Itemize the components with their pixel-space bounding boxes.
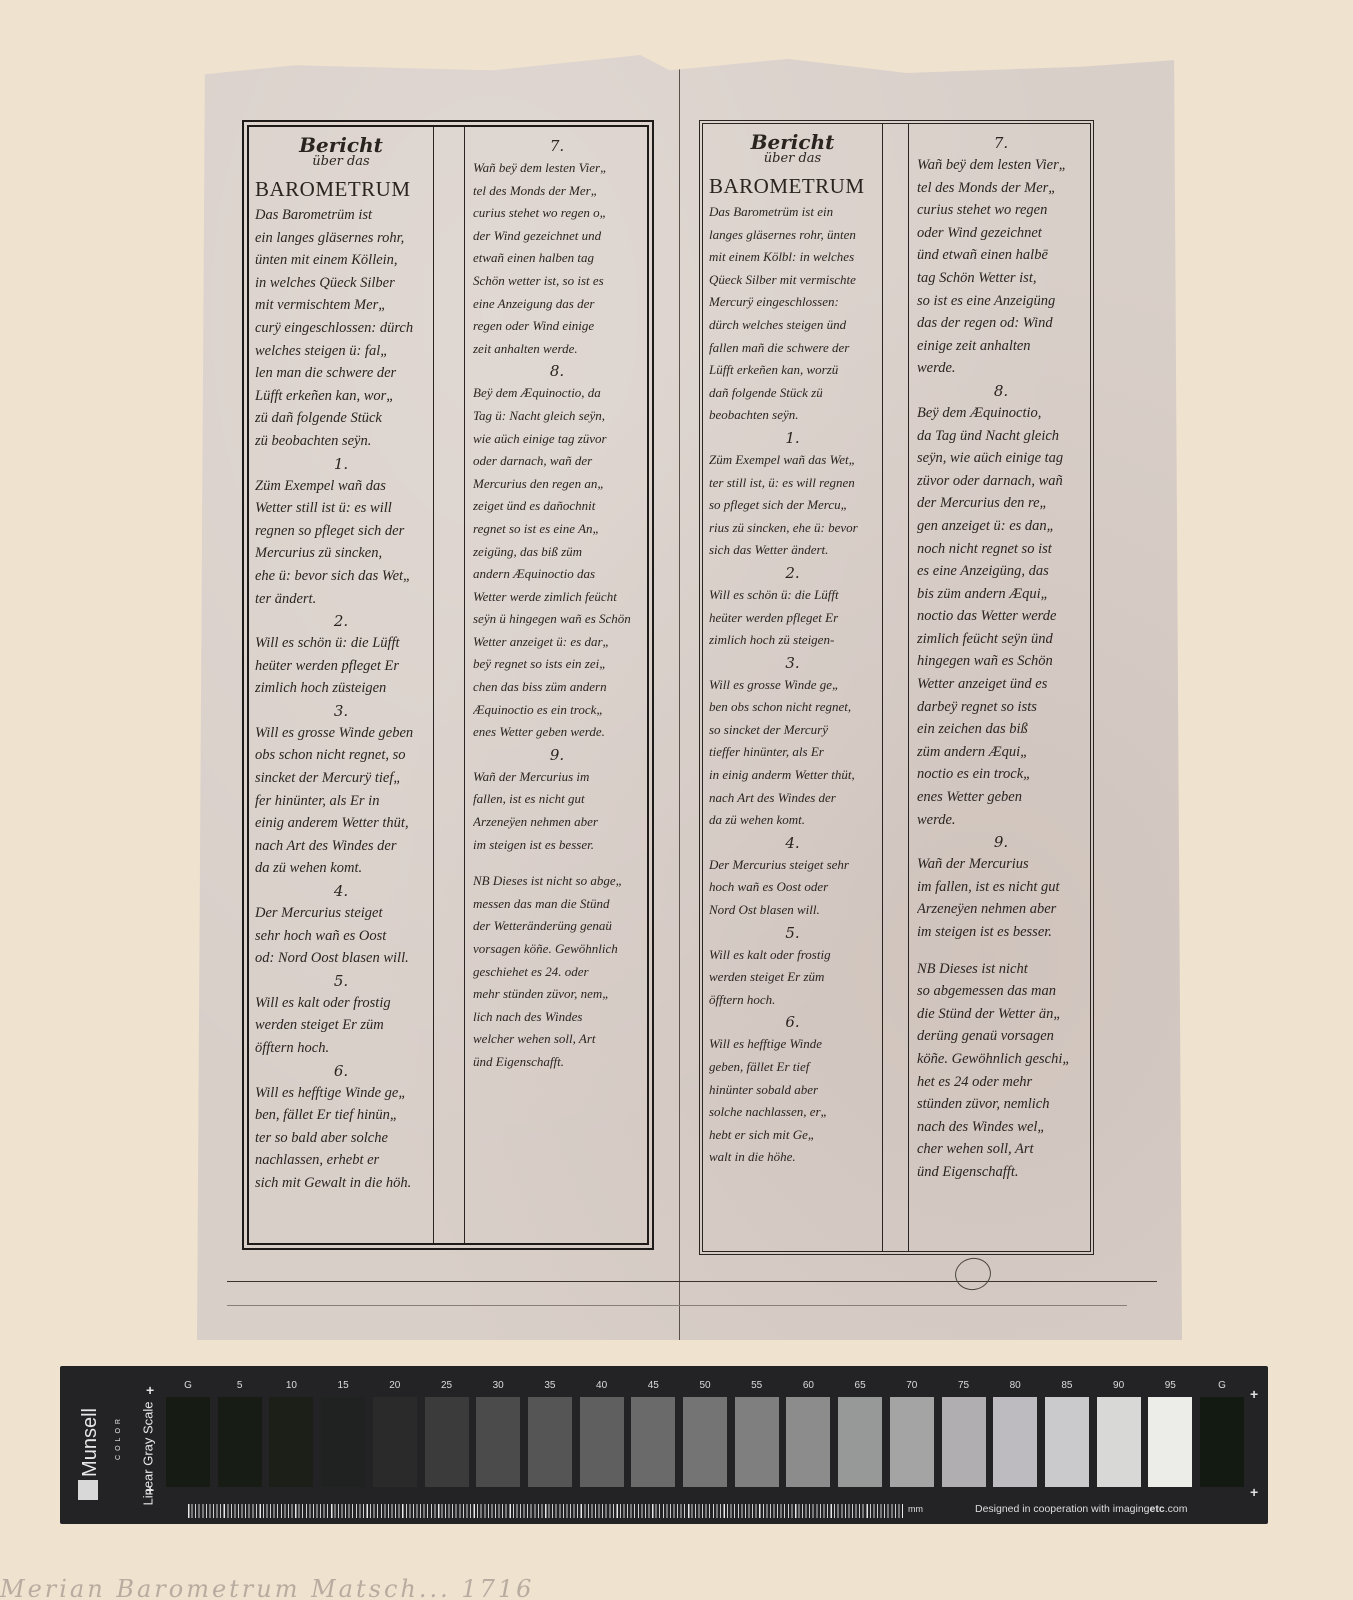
- text-line: Will es schön ü: die Lüfft: [255, 632, 427, 655]
- text-line: tel des Monds der Mer„: [917, 177, 1085, 200]
- text-line: NB Dieses ist nicht: [917, 958, 1085, 981]
- text-line: Lüfft erkeñen kan, wor„: [255, 385, 427, 408]
- text-line: mehr stünden züvor, nem„: [473, 983, 641, 1006]
- text-line: ein zeichen das biß: [917, 718, 1085, 741]
- text-line: tag Schön Wetter ist,: [917, 267, 1085, 290]
- text-line: so ist es eine Anzeigüng: [917, 290, 1085, 313]
- text-line: noctio das Wetter werde: [917, 605, 1085, 628]
- right-copy-column-2: 7.Wañ beÿ dem lesten Vier„tel des Monds …: [911, 124, 1091, 1251]
- text-line: Will es grosse Winde geben: [255, 722, 427, 745]
- section-number: 7.: [473, 135, 641, 157]
- text-line: vorsagen köñe. Gewöhnlich: [473, 938, 641, 961]
- brand-subtitle: COLOR: [115, 1415, 122, 1460]
- section-number: 2.: [709, 562, 876, 584]
- text-line: Das Barometrüm ist ein: [709, 201, 876, 224]
- text-line: Der Mercurius steiget sehr: [709, 854, 876, 877]
- text-line: andern Æquinoctio das: [473, 563, 641, 586]
- column-divider: [464, 127, 465, 1243]
- text-line: sich das Wetter ändert.: [709, 539, 876, 562]
- section-number: 4.: [255, 880, 427, 902]
- patch-label: 75: [942, 1380, 986, 1391]
- text-line: hinünter sobald aber: [709, 1079, 876, 1102]
- text-line: regen oder Wind einige: [473, 315, 641, 338]
- text-line: tel des Monds der Mer„: [473, 180, 641, 203]
- munsell-gray-scale-card: Munsell COLOR Linear Gray Scale + + + + …: [60, 1366, 1268, 1524]
- text-line: solche nachlassen, er„: [709, 1101, 876, 1124]
- gray-patch: [1148, 1397, 1192, 1487]
- text-line: Wetter werde zimlich feücht: [473, 586, 641, 609]
- text-line: rius zü sincken, ehe ü: bevor: [709, 517, 876, 540]
- gray-patch: [425, 1397, 469, 1487]
- text-line: Wañ beÿ dem lesten Vier„: [917, 154, 1085, 177]
- text-line: köñe. Gewöhnlich geschi„: [917, 1048, 1085, 1071]
- column-heading: BAROMETRUM: [709, 174, 876, 199]
- text-line: die Stünd der Wetter än„: [917, 1003, 1085, 1026]
- text-line: ter still ist, ü: es will regnen: [709, 472, 876, 495]
- text-line: so abgemessen das man: [917, 980, 1085, 1003]
- text-line: oder darnach, wañ der: [473, 450, 641, 473]
- section-number: 8.: [917, 380, 1085, 402]
- patch-label: 5: [218, 1380, 262, 1391]
- text-line: Qüeck Silber mit vermischte: [709, 269, 876, 292]
- text-line: heüter werden pfleget Er: [255, 655, 427, 678]
- mm-ruler: [188, 1504, 903, 1518]
- ruler-unit: mm: [908, 1504, 923, 1514]
- section-number: 6.: [255, 1060, 427, 1082]
- text-line: NB Dieses ist nicht so abge„: [473, 870, 641, 893]
- text-line: Züm Exempel wañ das Wet„: [709, 449, 876, 472]
- text-line: werden steiget Er züm: [255, 1014, 427, 1037]
- munsell-logo-icon: [78, 1480, 98, 1500]
- text-line: Mercurius den regen an„: [473, 473, 641, 496]
- text-line: od: Nord Oost blasen will.: [255, 947, 427, 970]
- text-line: ünten mit einem Köllein,: [255, 249, 427, 272]
- text-line: Arzeneÿen nehmen aber: [917, 898, 1085, 921]
- text-line: Schön wetter ist, so ist es: [473, 270, 641, 293]
- text-line: nachlassen, erhebt er: [255, 1149, 427, 1172]
- text-line: Will es schön ü: die Lüfft: [709, 584, 876, 607]
- text-line: obs schon nicht regnet, so: [255, 744, 427, 767]
- text-line: dürch welches steigen ünd: [709, 314, 876, 337]
- column-heading: BAROMETRUM: [255, 177, 427, 202]
- gray-patch: [528, 1397, 572, 1487]
- right-copy-frame: Berichtüber dasBAROMETRUMDas Barometrüm …: [699, 120, 1094, 1255]
- text-line: der Wind gezeichnet und: [473, 225, 641, 248]
- text-line: nach des Windes wel„: [917, 1116, 1085, 1139]
- text-line: cher wehen soll, Art: [917, 1138, 1085, 1161]
- text-line: hingegen wañ es Schön: [917, 650, 1085, 673]
- text-line: seÿn ü hingegen wañ es Schön: [473, 608, 641, 631]
- patch-label: 35: [528, 1380, 572, 1391]
- patch-label: 15: [321, 1380, 365, 1391]
- section-number: 9.: [917, 831, 1085, 853]
- gray-patch: [1200, 1397, 1244, 1487]
- registration-plus-icon: +: [1250, 1484, 1258, 1500]
- pencil-circle-mark: [952, 1255, 994, 1294]
- text-line: eine Anzeigung das der: [473, 293, 641, 316]
- text-line: Will es hefftige Winde ge„: [255, 1082, 427, 1105]
- text-line: Beÿ dem Æquinoctio,: [917, 402, 1085, 425]
- text-line: regnet so ist es eine An„: [473, 518, 641, 541]
- text-line: beobachten seÿn.: [709, 404, 876, 427]
- text-line: curius stehet wo regen: [917, 199, 1085, 222]
- text-line: lich nach des Windes: [473, 1006, 641, 1029]
- patch-label: 80: [993, 1380, 1037, 1391]
- text-line: enes Wetter geben werde.: [473, 721, 641, 744]
- registration-plus-icon: +: [146, 1482, 154, 1498]
- text-line: ter ändert.: [255, 588, 427, 611]
- section-gap: [917, 944, 1085, 958]
- text-line: seÿn, wie aüch einige tag: [917, 447, 1085, 470]
- text-line: ünd etwañ einen halbē: [917, 244, 1085, 267]
- text-line: Beÿ dem Æquinoctio, da: [473, 382, 641, 405]
- text-line: zimlich hoch züsteigen: [255, 677, 427, 700]
- text-line: Arzeneÿen nehmen aber: [473, 811, 641, 834]
- text-line: Æquinoctio es ein trock„: [473, 699, 641, 722]
- text-line: noctio es ein trock„: [917, 763, 1085, 786]
- patch-label: 10: [269, 1380, 313, 1391]
- patch-label: 20: [373, 1380, 417, 1391]
- patch-label: 30: [476, 1380, 520, 1391]
- document-sheet: Berichtüber dasBAROMETRUMDas Barometrüm …: [197, 55, 1182, 1340]
- right-copy-column-1: Berichtüber dasBAROMETRUMDas Barometrüm …: [703, 124, 883, 1251]
- text-line: beÿ regnet so ists ein zei„: [473, 653, 641, 676]
- section-number: 4.: [709, 832, 876, 854]
- section-number: 2.: [255, 610, 427, 632]
- bottom-rule-line-2: [227, 1305, 1127, 1306]
- text-line: im fallen, ist es nicht gut: [917, 876, 1085, 899]
- text-line: der Wetteränderüng genaü: [473, 915, 641, 938]
- patch-label: 60: [786, 1380, 830, 1391]
- text-line: chen das biss züm andern: [473, 676, 641, 699]
- gray-patch: [683, 1397, 727, 1487]
- gray-patch: [218, 1397, 262, 1487]
- text-line: fer hinünter, als Er in: [255, 790, 427, 813]
- section-number: 3.: [255, 700, 427, 722]
- patch-label: G: [1200, 1380, 1244, 1391]
- text-line: ehe ü: bevor sich das Wet„: [255, 565, 427, 588]
- patch-label: 55: [735, 1380, 779, 1391]
- text-line: es eine Anzeigüng, das: [917, 560, 1085, 583]
- patch-label: 90: [1097, 1380, 1141, 1391]
- text-line: Will es kalt oder frostig: [709, 944, 876, 967]
- text-line: zü dañ folgende Stück: [255, 407, 427, 430]
- text-line: Will es hefftige Winde: [709, 1033, 876, 1056]
- text-line: Tag ü: Nacht gleich seÿn,: [473, 405, 641, 428]
- text-line: regnen so pfleget sich der: [255, 520, 427, 543]
- text-line: Lüfft erkeñen kan, worzü: [709, 359, 876, 382]
- gray-patch: [580, 1397, 624, 1487]
- gray-patch: [890, 1397, 934, 1487]
- text-line: einige zeit anhalten: [917, 335, 1085, 358]
- bottom-rule-line: [227, 1281, 1157, 1282]
- text-line: so pfleget sich der Mercu„: [709, 494, 876, 517]
- text-line: ünd Eigenschafft.: [473, 1051, 641, 1074]
- left-copy-column-2: 7.Wañ beÿ dem lesten Vier„tel des Monds …: [467, 127, 647, 1243]
- text-line: heüter werden pfleget Er: [709, 607, 876, 630]
- text-line: da zü wehen komt.: [709, 809, 876, 832]
- text-line: Das Barometrüm ist: [255, 204, 427, 227]
- gray-patch: [1045, 1397, 1089, 1487]
- column-subtitle: über das: [709, 152, 876, 166]
- text-line: Will es grosse Winde ge„: [709, 674, 876, 697]
- text-line: zü beobachten seÿn.: [255, 430, 427, 453]
- section-number: 1.: [709, 427, 876, 449]
- column-divider: [908, 124, 909, 1251]
- text-line: stünden züvor, nemlich: [917, 1093, 1085, 1116]
- text-line: Wañ der Mercurius: [917, 853, 1085, 876]
- text-line: das der regen od: Wind: [917, 312, 1085, 335]
- text-line: zeiget ünd es dañochnit: [473, 495, 641, 518]
- text-line: oder Wind gezeichnet: [917, 222, 1085, 245]
- text-line: ter so bald aber solche: [255, 1127, 427, 1150]
- text-line: einig anderem Wetter thüt,: [255, 812, 427, 835]
- patch-label: 40: [580, 1380, 624, 1391]
- text-line: dañ folgende Stück zü: [709, 382, 876, 405]
- text-line: Wañ beÿ dem lesten Vier„: [473, 157, 641, 180]
- patch-label: 50: [683, 1380, 727, 1391]
- text-line: geben, fället Er tief: [709, 1056, 876, 1079]
- gray-patch: [373, 1397, 417, 1487]
- section-gap: [473, 856, 641, 870]
- text-line: zimlich feücht seÿn ünd: [917, 628, 1085, 651]
- center-fold-line: [679, 55, 680, 1340]
- text-line: welcher wehen soll, Art: [473, 1028, 641, 1051]
- text-line: in einig anderm Wetter thüt,: [709, 764, 876, 787]
- text-line: Mercurÿ eingeschlossen:: [709, 291, 876, 314]
- text-line: darbeÿ regnet so ists: [917, 696, 1085, 719]
- text-line: bis züm andern Æqui„: [917, 583, 1085, 606]
- text-line: züvor oder darnach, wañ: [917, 470, 1085, 493]
- gray-patch: [786, 1397, 830, 1487]
- credit-text: Designed in cooperation with imagingetc.…: [975, 1503, 1187, 1515]
- text-line: fallen, ist es nicht gut: [473, 788, 641, 811]
- text-line: in welches Qüeck Silber: [255, 272, 427, 295]
- text-line: mit vermischtem Mer„: [255, 294, 427, 317]
- text-line: zimlich hoch zü steigen-: [709, 629, 876, 652]
- text-line: walt in die höhe.: [709, 1146, 876, 1169]
- column-title: Bericht: [255, 135, 427, 155]
- text-line: Wetter anzeiget ü: es dar„: [473, 631, 641, 654]
- text-line: curius stehet wo regen o„: [473, 202, 641, 225]
- gray-patch: [735, 1397, 779, 1487]
- section-number: 6.: [709, 1011, 876, 1033]
- text-line: da Tag ünd Nacht gleich: [917, 425, 1085, 448]
- text-line: enes Wetter geben: [917, 786, 1085, 809]
- text-line: öfftern hoch.: [709, 989, 876, 1012]
- text-line: mit einem Kölbl: in welches: [709, 246, 876, 269]
- text-line: derüng genaü vorsagen: [917, 1025, 1085, 1048]
- text-line: nach Art des Windes der: [255, 835, 427, 858]
- text-line: noch nicht regnet so ist: [917, 538, 1085, 561]
- text-line: Will es kalt oder frostig: [255, 992, 427, 1015]
- text-line: züm andern Æqui„: [917, 741, 1085, 764]
- text-line: ünd Eigenschafft.: [917, 1161, 1085, 1184]
- section-number: 3.: [709, 652, 876, 674]
- left-copy-frame: Berichtüber dasBAROMETRUMDas Barometrüm …: [242, 120, 654, 1250]
- text-line: da zü wehen komt.: [255, 857, 427, 880]
- patch-label: 95: [1148, 1380, 1192, 1391]
- gray-patch: [166, 1397, 210, 1487]
- text-line: so sincket der Mercurÿ: [709, 719, 876, 742]
- text-line: wie aüch einige tag züvor: [473, 428, 641, 451]
- patch-label: 85: [1045, 1380, 1089, 1391]
- text-line: langes gläsernes rohr, ünten: [709, 224, 876, 247]
- patch-label: 70: [890, 1380, 934, 1391]
- text-line: geschiehet es 24. oder: [473, 961, 641, 984]
- text-line: tieffer hinünter, als Er: [709, 741, 876, 764]
- text-line: werden steiget Er züm: [709, 966, 876, 989]
- text-line: ein langes gläsernes rohr,: [255, 227, 427, 250]
- gray-patch: [993, 1397, 1037, 1487]
- text-line: der Mercurius den re„: [917, 492, 1085, 515]
- text-line: Der Mercurius steiget: [255, 902, 427, 925]
- text-line: fallen mañ die schwere der: [709, 337, 876, 360]
- text-line: im steigen ist es besser.: [917, 921, 1085, 944]
- section-number: 8.: [473, 360, 641, 382]
- patch-label: 45: [631, 1380, 675, 1391]
- text-line: hoch wañ es Oost oder: [709, 876, 876, 899]
- text-line: nach Art des Windes der: [709, 787, 876, 810]
- patch-label: 25: [425, 1380, 469, 1391]
- text-line: hebt er sich mit Ge„: [709, 1124, 876, 1147]
- text-line: Mercurius zü sincken,: [255, 542, 427, 565]
- text-line: zeigüng, das biß züm: [473, 541, 641, 564]
- text-line: Wetter still ist ü: es will: [255, 497, 427, 520]
- text-line: gen anzeiget ü: es dan„: [917, 515, 1085, 538]
- text-line: sincket der Mercurÿ tief„: [255, 767, 427, 790]
- text-line: im steigen ist es besser.: [473, 834, 641, 857]
- section-number: 5.: [709, 922, 876, 944]
- text-line: werde.: [917, 809, 1085, 832]
- column-subtitle: über das: [255, 155, 427, 169]
- left-copy-column-1: Berichtüber dasBAROMETRUMDas Barometrüm …: [249, 127, 434, 1243]
- gray-patch: [476, 1397, 520, 1487]
- patch-label: G: [166, 1380, 210, 1391]
- text-line: sich mit Gewalt in die höh.: [255, 1172, 427, 1195]
- text-line: Wetter anzeiget ünd es: [917, 673, 1085, 696]
- registration-plus-icon: +: [146, 1382, 154, 1398]
- text-line: Züm Exempel wañ das: [255, 475, 427, 498]
- patch-label: 65: [838, 1380, 882, 1391]
- gray-patch: [942, 1397, 986, 1487]
- text-line: welches steigen ü: fal„: [255, 340, 427, 363]
- text-line: Wañ der Mercurius im: [473, 766, 641, 789]
- text-line: etwañ einen halben tag: [473, 247, 641, 270]
- text-line: het es 24 oder mehr: [917, 1071, 1085, 1094]
- registration-plus-icon: +: [1250, 1386, 1258, 1402]
- text-line: sehr hoch wañ es Oost: [255, 925, 427, 948]
- text-line: ben, fället Er tief hinün„: [255, 1104, 427, 1127]
- text-line: messen das man die Stünd: [473, 893, 641, 916]
- gray-patch: [631, 1397, 675, 1487]
- text-line: curÿ eingeschlossen: dürch: [255, 317, 427, 340]
- gray-patch: [321, 1397, 365, 1487]
- section-number: 5.: [255, 970, 427, 992]
- section-number: 1.: [255, 453, 427, 475]
- text-line: werde.: [917, 357, 1085, 380]
- text-line: Nord Ost blasen will.: [709, 899, 876, 922]
- section-number: 7.: [917, 132, 1085, 154]
- text-line: öfftern hoch.: [255, 1037, 427, 1060]
- column-title: Bericht: [709, 132, 876, 152]
- text-line: len man die schwere der: [255, 362, 427, 385]
- gray-patch: [838, 1397, 882, 1487]
- section-number: 9.: [473, 744, 641, 766]
- gray-patch: [269, 1397, 313, 1487]
- gray-patch: [1097, 1397, 1141, 1487]
- pencil-annotation: Merian Barometrum Matsch... 1716: [0, 1575, 534, 1600]
- text-line: zeit anhalten werde.: [473, 338, 641, 361]
- brand-name: Munsell: [79, 1408, 102, 1477]
- text-line: ben obs schon nicht regnet,: [709, 696, 876, 719]
